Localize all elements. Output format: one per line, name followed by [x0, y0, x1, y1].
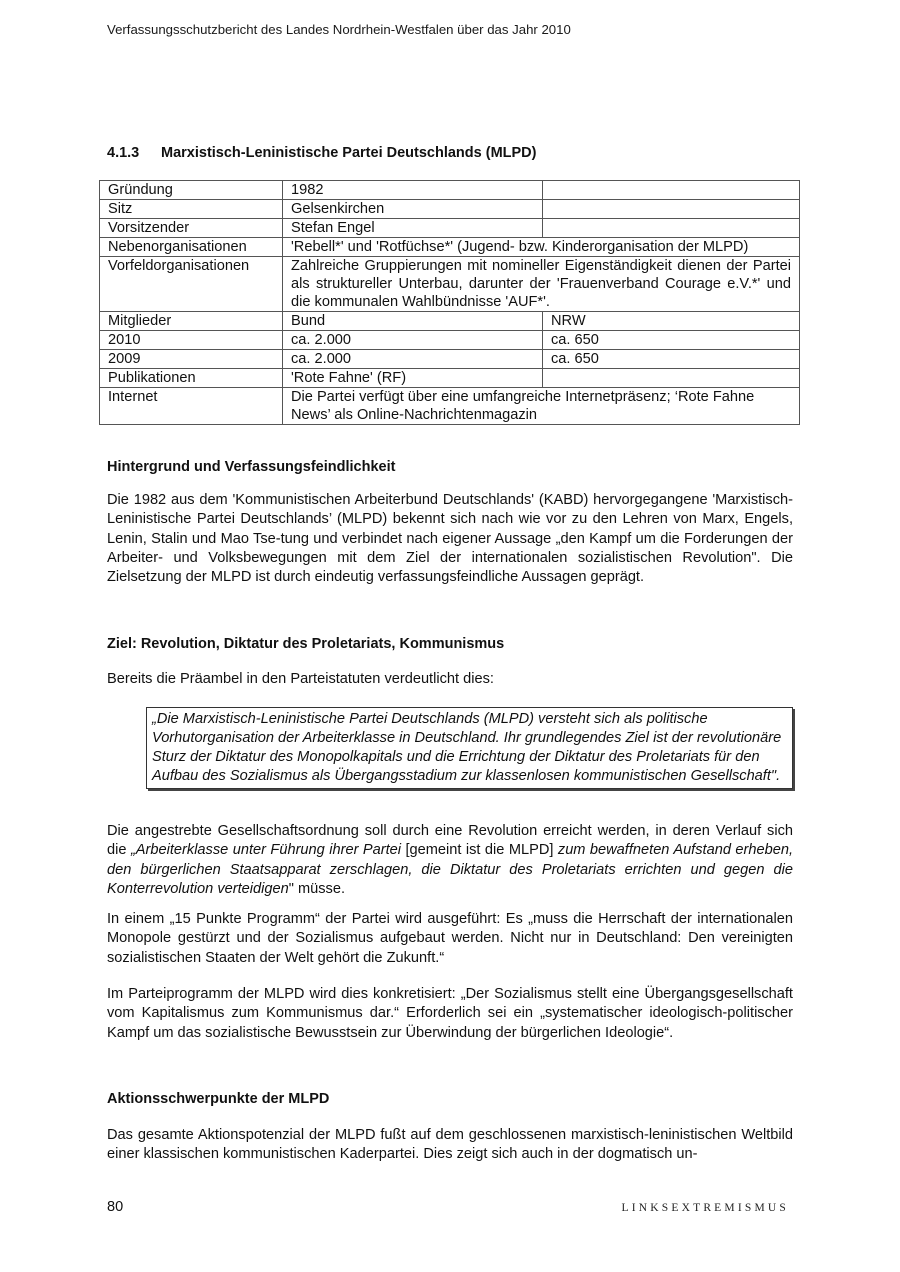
table-cell-label: Gründung [100, 181, 283, 200]
table-row: 2009 ca. 2.000 ca. 650 [100, 350, 800, 369]
table-cell-label: Vorsitzender [100, 219, 283, 238]
table-cell-value2 [543, 200, 800, 219]
table-row: Gründung 1982 [100, 181, 800, 200]
paragraph-ziel-intro: Bereits die Präambel in den Parteistatut… [107, 670, 793, 689]
paragraph-hintergrund: Die 1982 aus dem 'Kommunistischen Arbeit… [107, 491, 793, 587]
table-cell-label: Sitz [100, 200, 283, 219]
table-cell-label: Publikationen [100, 369, 283, 388]
table-cell-value: Die Partei verfügt über eine umfangreich… [283, 388, 800, 425]
table-cell-value2 [543, 219, 800, 238]
table-row: Internet Die Partei verfügt über eine um… [100, 388, 800, 425]
table-cell-value: Zahlreiche Gruppierungen mit nomineller … [283, 257, 800, 312]
table-cell-value2 [543, 369, 800, 388]
page-number: 80 [107, 1199, 123, 1215]
table-cell-value: Gelsenkirchen [283, 200, 543, 219]
table-cell-value2: ca. 650 [543, 350, 800, 369]
section-number: 4.1.3 [107, 145, 161, 161]
paragraph-ziel-1: Die angestrebte Gesellschaftsordnung sol… [107, 822, 793, 899]
quote-text: „Die Marxistisch-Leninistische Partei De… [152, 711, 781, 784]
table-cell-label: Nebenorganisationen [100, 238, 283, 257]
italic-quote: „Arbeiterklasse unter Führung ihrer Part… [131, 842, 401, 858]
table-cell-label: Internet [100, 388, 283, 425]
text: [gemeint ist die MLPD] [401, 842, 558, 858]
table-cell-label: 2009 [100, 350, 283, 369]
table-cell-value: ca. 2.000 [283, 350, 543, 369]
paragraph-ziel-3: Im Parteiprogramm der MLPD wird dies kon… [107, 985, 793, 1043]
heading-aktion: Aktionsschwerpunkte der MLPD [107, 1091, 329, 1107]
table-cell-label: Mitglieder [100, 312, 283, 331]
table-row: 2010 ca. 2.000 ca. 650 [100, 331, 800, 350]
table-cell-value: Stefan Engel [283, 219, 543, 238]
table-cell-value2: ca. 650 [543, 331, 800, 350]
table-cell-value: 'Rebell*' und 'Rotfüchse*' (Jugend- bzw.… [283, 238, 800, 257]
table-row: Vorfeldorganisationen Zahlreiche Gruppie… [100, 257, 800, 312]
table-cell-value2 [543, 181, 800, 200]
table-row: Sitz Gelsenkirchen [100, 200, 800, 219]
table-row: Nebenorganisationen 'Rebell*' und 'Rotfü… [100, 238, 800, 257]
table-cell-value2: NRW [543, 312, 800, 331]
running-header: Verfassungsschutzbericht des Landes Nord… [107, 22, 571, 37]
table-row: Mitglieder Bund NRW [100, 312, 800, 331]
footer-section-label: LINKSEXTREMISMUS [622, 1202, 790, 1214]
text: " müsse. [289, 881, 345, 897]
table-cell-label: Vorfeldorganisationen [100, 257, 283, 312]
table-row: Vorsitzender Stefan Engel [100, 219, 800, 238]
paragraph-ziel-2: In einem „15 Punkte Programm“ der Partei… [107, 910, 793, 968]
section-title: 4.1.3Marxistisch-Leninistische Partei De… [107, 145, 536, 161]
table-row: Publikationen 'Rote Fahne' (RF) [100, 369, 800, 388]
facts-table: Gründung 1982 Sitz Gelsenkirchen Vorsitz… [99, 180, 800, 425]
table-cell-value: 1982 [283, 181, 543, 200]
table-cell-label: 2010 [100, 331, 283, 350]
heading-ziel: Ziel: Revolution, Diktatur des Proletari… [107, 636, 504, 652]
table-cell-value: Bund [283, 312, 543, 331]
heading-hintergrund: Hintergrund und Verfassungsfeindlichkeit [107, 459, 395, 475]
section-title-text: Marxistisch-Leninistische Partei Deutsch… [161, 145, 536, 161]
table-cell-value: 'Rote Fahne' (RF) [283, 369, 543, 388]
quote-box: „Die Marxistisch-Leninistische Partei De… [146, 707, 793, 789]
paragraph-aktion: Das gesamte Aktionspotenzial der MLPD fu… [107, 1126, 793, 1165]
table-cell-value: ca. 2.000 [283, 331, 543, 350]
